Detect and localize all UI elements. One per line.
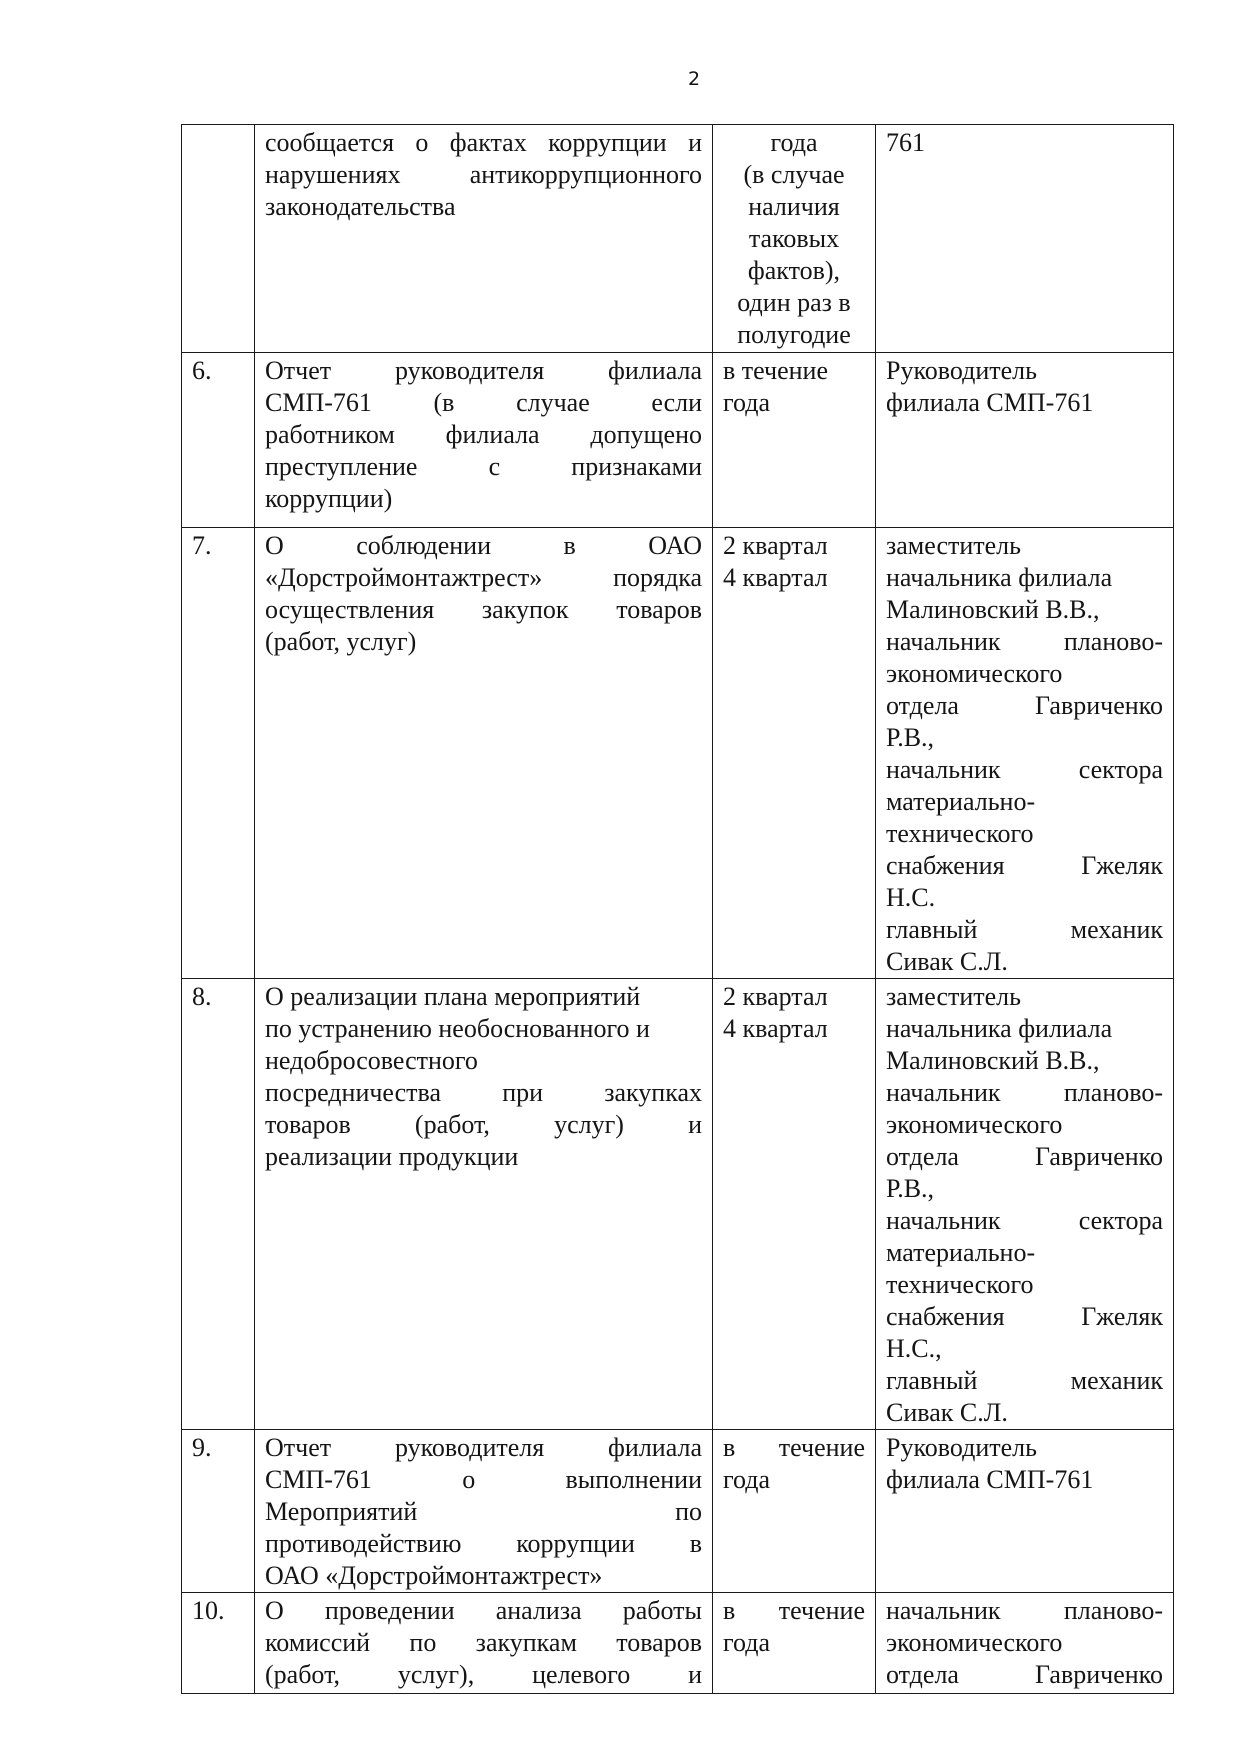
description-line: по устранению необоснованного и (265, 1013, 702, 1045)
term-line: полугодие (723, 319, 865, 351)
term-line: года (723, 387, 865, 419)
term-cell: 2 квартал4 квартал (713, 528, 876, 979)
responsible-line: Руководитель (886, 1432, 1163, 1464)
responsible-cell: 761 (876, 125, 1174, 353)
row-number-cell: 7. (182, 528, 255, 979)
description-line: Мероприятий по (265, 1496, 702, 1528)
term-cell: в течениегода (713, 1593, 876, 1694)
responsible-line: экономического (886, 1109, 1163, 1141)
responsible-line: 761 (886, 127, 1163, 159)
description-line: сообщается о фактах коррупции и (265, 127, 702, 159)
table-row-7: 7. О соблюдении в ОАО«Дорстроймонтажтрес… (182, 528, 1174, 979)
description-line: нарушениях антикоррупционного (265, 159, 702, 191)
term-line: (в случае (723, 159, 865, 191)
description-cell: О соблюдении в ОАО«Дорстроймонтажтрест» … (255, 528, 713, 979)
responsible-line: снабжения Гжеляк (886, 1301, 1163, 1333)
term-cell: 2 квартал4 квартал (713, 979, 876, 1430)
responsible-line: начальник сектора (886, 754, 1163, 786)
term-line: 4 квартал (723, 562, 865, 594)
responsible-line: Сивак С.Л. (886, 946, 1163, 978)
description-line: осуществления закупок товаров (265, 594, 702, 626)
page-number: 2 (684, 68, 704, 90)
description-line: (работ, услуг), целевого и (265, 1659, 702, 1691)
responsible-line: филиала СМП-761 (886, 387, 1163, 419)
table-row-10: 10. О проведении анализа работыкомиссий … (182, 1593, 1174, 1694)
responsible-cell: заместительначальника филиалаМалиновский… (876, 528, 1174, 979)
responsible-line: Р.В., (886, 1173, 1163, 1205)
responsible-line: заместитель (886, 530, 1163, 562)
responsible-line: Малиновский В.В., (886, 594, 1163, 626)
description-line: работником филиала допущено (265, 419, 702, 451)
responsible-line: начальника филиала (886, 562, 1163, 594)
table-row-6: 6. Отчет руководителя филиалаСМП-761 (в … (182, 353, 1174, 528)
term-line: года (723, 1464, 865, 1496)
responsible-line: отдела Гавриченко (886, 1141, 1163, 1173)
row-number-cell: 6. (182, 353, 255, 528)
responsible-cell: начальник планово-экономическогоотдела Г… (876, 1593, 1174, 1694)
responsible-line: снабжения Гжеляк (886, 850, 1163, 882)
term-cell: в течениегода (713, 353, 876, 528)
term-line: таковых (723, 223, 865, 255)
responsible-line: филиала СМП-761 (886, 1464, 1163, 1496)
responsible-line: Н.С., (886, 1333, 1163, 1365)
table-row-continued: сообщается о фактах коррупции инарушения… (182, 125, 1174, 353)
term-line: фактов), (723, 255, 865, 287)
description-line: Отчет руководителя филиала (265, 355, 702, 387)
description-line: коррупции) (265, 483, 702, 515)
term-line: 2 квартал (723, 981, 865, 1013)
term-cell: в течениегода (713, 1430, 876, 1593)
description-line: недобросовестного (265, 1045, 702, 1077)
term-line: 4 квартал (723, 1013, 865, 1045)
description-line: СМП-761 (в случае если (265, 387, 702, 419)
term-line: 2 квартал (723, 530, 865, 562)
responsible-line: начальник планово- (886, 1077, 1163, 1109)
responsible-line: начальника филиала (886, 1013, 1163, 1045)
term-line: в течение (723, 355, 865, 387)
description-line: противодействию коррупции в (265, 1528, 702, 1560)
term-line: в течение (723, 1432, 865, 1464)
table-row-9: 9. Отчет руководителя филиалаСМП-761 о в… (182, 1430, 1174, 1593)
responsible-line: Р.В., (886, 722, 1163, 754)
responsible-line: отдела Гавриченко (886, 690, 1163, 722)
responsible-line: экономического (886, 658, 1163, 690)
description-cell: О проведении анализа работыкомиссий по з… (255, 1593, 713, 1694)
table-row-8: 8. О реализации плана мероприятийпо устр… (182, 979, 1174, 1430)
responsible-line: Малиновский В.В., (886, 1045, 1163, 1077)
responsible-cell: Руководительфилиала СМП-761 (876, 1430, 1174, 1593)
responsible-line: начальник сектора (886, 1205, 1163, 1237)
responsible-line: Руководитель (886, 355, 1163, 387)
responsible-line: Н.С. (886, 882, 1163, 914)
responsible-cell: заместительначальника филиалаМалиновский… (876, 979, 1174, 1430)
description-line: посредничества при закупках (265, 1077, 702, 1109)
description-line: СМП-761 о выполнении (265, 1464, 702, 1496)
description-line: (работ, услуг) (265, 626, 702, 658)
row-number-cell: 9. (182, 1430, 255, 1593)
description-line: «Дорстроймонтажтрест» порядка (265, 562, 702, 594)
description-cell: Отчет руководителя филиалаСМП-761 (в слу… (255, 353, 713, 528)
term-cell: года(в случаеналичиятаковыхфактов),один … (713, 125, 876, 353)
responsible-line: заместитель (886, 981, 1163, 1013)
responsible-line: отдела Гавриченко (886, 1659, 1163, 1691)
description-line: законодательства (265, 191, 702, 223)
description-line: ОАО «Дорстроймонтажтрест» (265, 1560, 702, 1592)
term-line: один раз в (723, 287, 865, 319)
description-line: реализации продукции (265, 1141, 702, 1173)
responsible-cell: Руководительфилиала СМП-761 (876, 353, 1174, 528)
description-line: Отчет руководителя филиала (265, 1432, 702, 1464)
description-cell: Отчет руководителя филиалаСМП-761 о выпо… (255, 1430, 713, 1593)
description-line: товаров (работ, услуг) и (265, 1109, 702, 1141)
description-cell: О реализации плана мероприятийпо устране… (255, 979, 713, 1430)
responsible-line: экономического (886, 1627, 1163, 1659)
responsible-line: технического (886, 818, 1163, 850)
description-line: комиссий по закупкам товаров (265, 1627, 702, 1659)
term-line: года (723, 1627, 865, 1659)
description-line: О реализации плана мероприятий (265, 981, 702, 1013)
description-cell: сообщается о фактах коррупции инарушения… (255, 125, 713, 353)
responsible-line: главный механик (886, 1365, 1163, 1397)
description-line: О проведении анализа работы (265, 1595, 702, 1627)
responsible-line: Сивак С.Л. (886, 1397, 1163, 1429)
term-line: года (723, 127, 865, 159)
description-line: преступление с признаками (265, 451, 702, 483)
activities-table: сообщается о фактах коррупции инарушения… (181, 124, 1174, 1694)
responsible-line: материально- (886, 1237, 1163, 1269)
term-line: в течение (723, 1595, 865, 1627)
term-line: наличия (723, 191, 865, 223)
row-number-cell: 8. (182, 979, 255, 1430)
responsible-line: начальник планово- (886, 626, 1163, 658)
row-number-cell (182, 125, 255, 353)
description-line: О соблюдении в ОАО (265, 530, 702, 562)
responsible-line: главный механик (886, 914, 1163, 946)
row-number-cell: 10. (182, 1593, 255, 1694)
responsible-line: материально- (886, 786, 1163, 818)
activities-table-body: сообщается о фактах коррупции инарушения… (182, 125, 1174, 1694)
responsible-line: начальник планово- (886, 1595, 1163, 1627)
responsible-line: технического (886, 1269, 1163, 1301)
